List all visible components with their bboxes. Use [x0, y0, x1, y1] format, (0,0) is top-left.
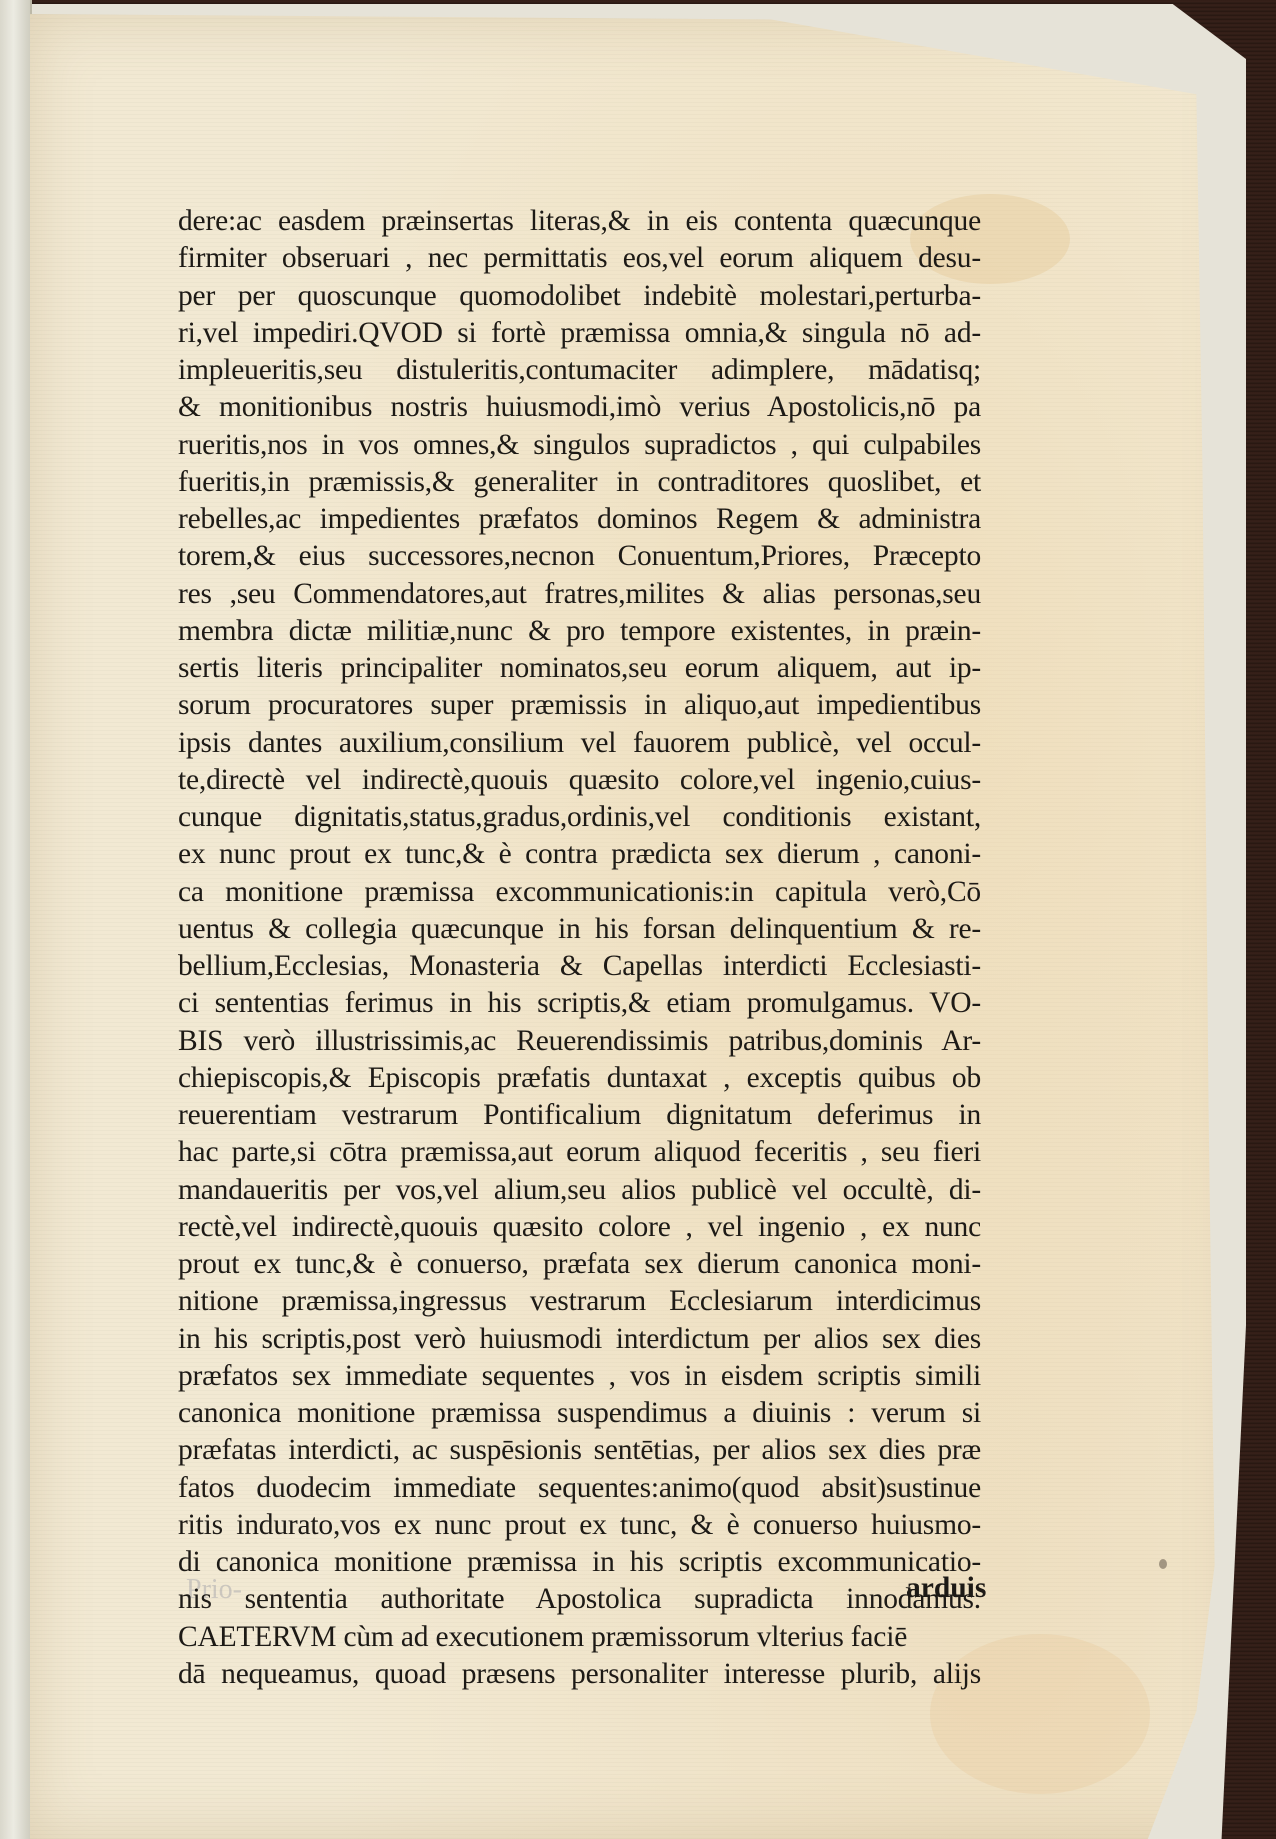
text-line: chiepiscopis,& Episcopis præfatis duntax… — [178, 1060, 981, 1097]
text-line: uentus & collegia quæcunque in his forsa… — [178, 911, 981, 948]
text-line: BIS verò illustrissimis,ac Reuerendissim… — [178, 1023, 981, 1060]
text-line: ca monitione præmissa excommunicationis:… — [178, 874, 981, 911]
text-line: membra dictæ militiæ,nunc & pro tempore … — [178, 613, 981, 650]
text-line: prout ex tunc,& è conuerso, præfata sex … — [178, 1246, 981, 1283]
text-line: rectè,vel indirectè,quouis quæsito color… — [178, 1209, 981, 1246]
text-line: & monitionibus nostris huiusmodi,imò ver… — [178, 389, 981, 426]
text-line: nitione præmissa,ingressus vestrarum Ecc… — [178, 1283, 981, 1320]
text-line: ci sententias ferimus in his scriptis,& … — [178, 985, 981, 1022]
text-line: di canonica monitione præmissa in his sc… — [178, 1544, 981, 1581]
text-line: reuerentiam vestrarum Pontificalium dign… — [178, 1097, 981, 1134]
text-line: cunque dignitatis,status,gradus,ordinis,… — [178, 799, 981, 836]
text-line: fatos duodecim immediate sequentes:animo… — [178, 1470, 981, 1507]
text-line: præfatas interdicti, ac suspēsionis sent… — [178, 1432, 981, 1469]
text-line: CAETERVM cùm ad executionem præmissorum … — [178, 1619, 981, 1656]
text-line: sertis literis principaliter nominatos,s… — [178, 650, 981, 687]
text-line: nis sententia authoritate Apostolica sup… — [178, 1581, 981, 1618]
catchword: arduis — [906, 1572, 986, 1605]
binding-spine — [0, 0, 32, 1839]
text-line: mandaueritis per vos,vel alium,seu alios… — [178, 1172, 981, 1209]
text-line: canonica monitione præmissa suspendimus … — [178, 1395, 981, 1432]
text-line: rueritis,nos in vos omnes,& singulos sup… — [178, 427, 981, 464]
text-line: dere:ac easdem præinsertas literas,& in … — [178, 203, 981, 240]
text-line: impleueritis,seu distuleritis,contumacit… — [178, 352, 981, 389]
text-line: ipsis dantes auxilium,consilium vel fauo… — [178, 725, 981, 762]
text-line: per per quoscunque quomodolibet indebitè… — [178, 278, 981, 315]
text-line: præfatos sex immediate sequentes , vos i… — [178, 1358, 981, 1395]
text-line: in his scriptis,post verò huiusmodi inte… — [178, 1321, 981, 1358]
text-line: fueritis,in præmissis,& generaliter in c… — [178, 464, 981, 501]
text-line: res ,seu Commendatores,aut fratres,milit… — [178, 576, 981, 613]
ink-speck — [1159, 1559, 1167, 1569]
text-line: dā nequeamus, quoad præsens personaliter… — [178, 1656, 981, 1693]
text-line: rebelles,ac impedientes præfatos dominos… — [178, 501, 981, 538]
text-line: ri,vel impediri.QVOD si fortè præmissa o… — [178, 315, 981, 352]
text-line: sorum procuratores super præmissis in al… — [178, 687, 981, 724]
text-line: torem,& eius successores,necnon Conuentu… — [178, 538, 981, 575]
text-line: ritis indurato,vos ex nunc prout ex tunc… — [178, 1507, 981, 1544]
text-line: ex nunc prout ex tunc,& è contra prædict… — [178, 836, 981, 873]
text-line: hac parte,si cōtra præmissa,aut eorum al… — [178, 1134, 981, 1171]
text-line: te,directè vel indirectè,quouis quæsito … — [178, 762, 981, 799]
body-text: dere:ac easdem præinsertas literas,& in … — [178, 203, 981, 1693]
text-line: firmiter obseruari , nec permittatis eos… — [178, 240, 981, 277]
text-line: bellium,Ecclesias, Monasteria & Capellas… — [178, 948, 981, 985]
